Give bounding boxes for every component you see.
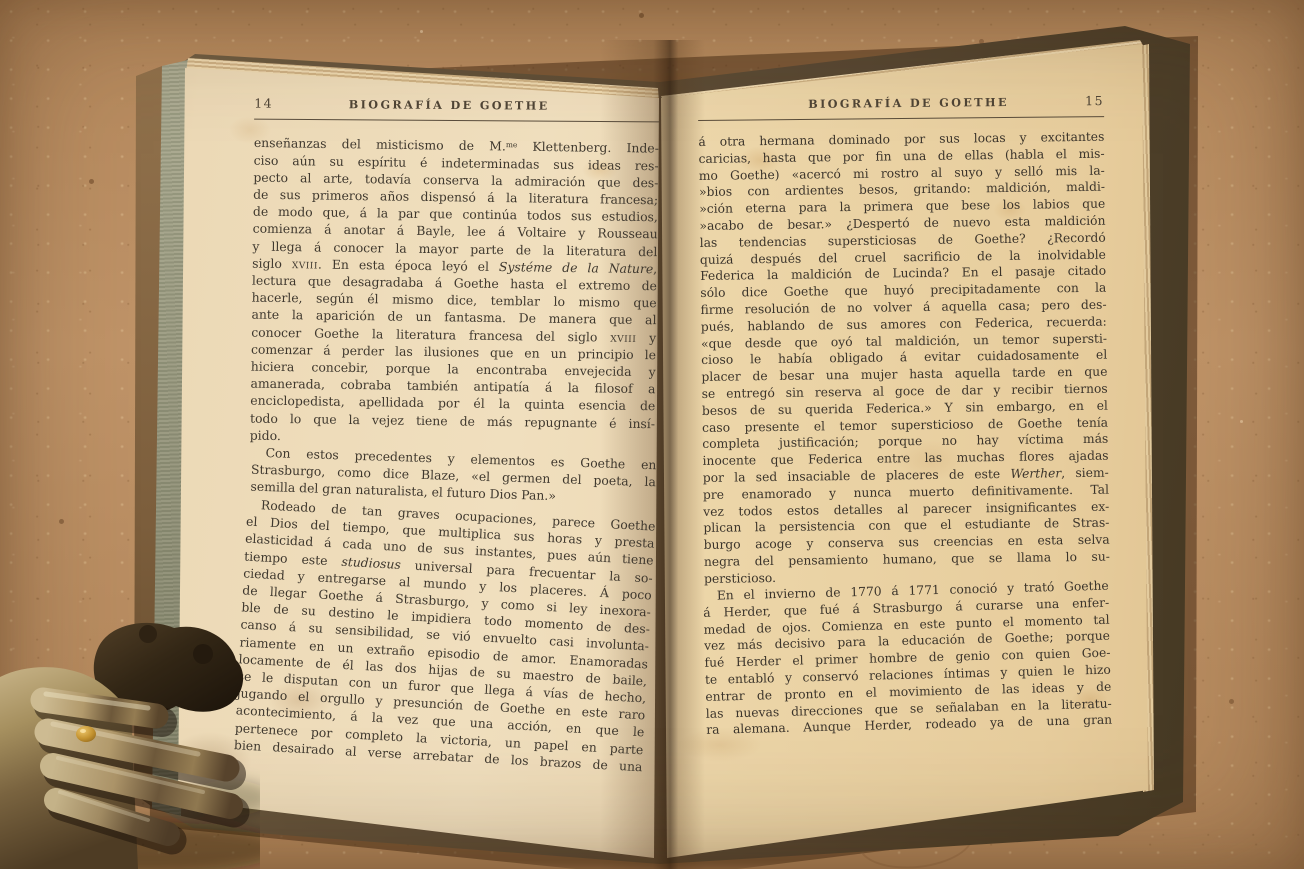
book-photograph: 14 BIOGRAFÍA DE GOETHE enseñanzas del mi…: [0, 0, 1304, 869]
cuff-bump: [193, 644, 213, 664]
page-body: á otra hermana dominado por sus locas y …: [698, 130, 1110, 739]
cuff-bump: [139, 625, 157, 643]
hand-sculpture: [0, 616, 260, 869]
header-rule: [254, 119, 659, 123]
paragraph: á otra hermana dominado por sus locas y …: [698, 129, 1110, 588]
page-number: 14: [254, 96, 273, 111]
left-page-text: 14 BIOGRAFÍA DE GOETHE enseñanzas del mi…: [250, 96, 660, 756]
page-header: 14 BIOGRAFÍA DE GOETHE: [254, 96, 659, 114]
page-number: 15: [1085, 93, 1104, 108]
running-title: BIOGRAFÍA DE GOETHE: [732, 94, 1085, 111]
right-page-text: BIOGRAFÍA DE GOETHE 15 á otra hermana do…: [698, 93, 1110, 739]
page-body: enseñanzas del misticismo de M.me Klette…: [250, 133, 659, 756]
paragraph: Rodeado de tan graves ocupaciones, parec…: [234, 495, 656, 775]
ring-glint: [80, 729, 86, 733]
paragraph: enseñanzas del misticismo de M.me Klette…: [250, 133, 659, 450]
page-header: BIOGRAFÍA DE GOETHE 15: [698, 93, 1104, 112]
running-title: BIOGRAFÍA DE GOETHE: [273, 97, 625, 113]
paragraph: En el invierno de 1770 á 1771 conoció y …: [703, 577, 1113, 738]
header-rule: [698, 116, 1104, 121]
gold-ring: [76, 726, 96, 742]
